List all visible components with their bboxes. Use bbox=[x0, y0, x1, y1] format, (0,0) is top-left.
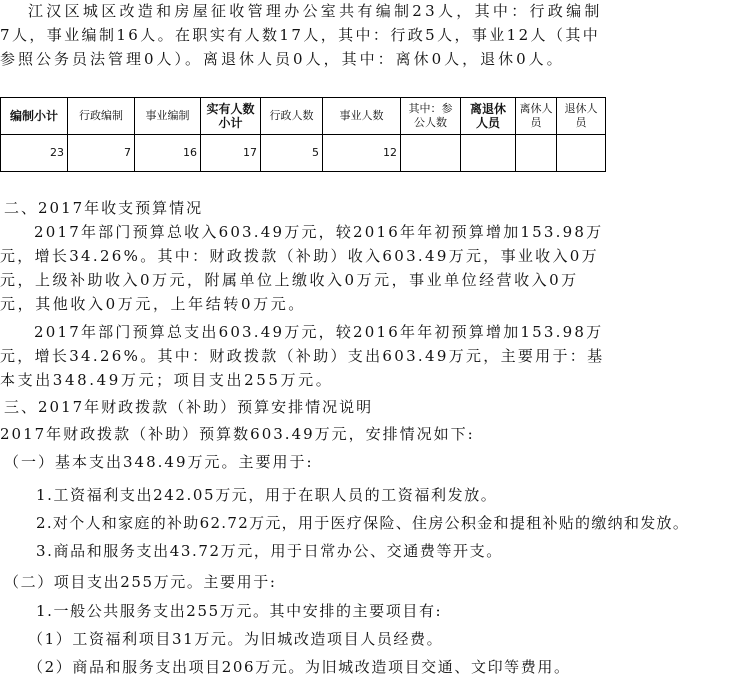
section3-summary: 2017年财政拨款（补助）预算数603.49万元，安排情况如下: bbox=[0, 424, 475, 444]
intro-line-2: 7人，事业编制16人。在职实有人数17人，其中：行政5人，事业12人（其中 bbox=[0, 25, 600, 45]
project-expense-item-3: （2）商品和服务支出项目206万元。为旧城改造项目交通、文印等费用。 bbox=[28, 657, 571, 677]
section2-expense-line-1: 2017年部门预算总支出603.49万元，较2016年年初预算增加153.98万 bbox=[34, 322, 603, 342]
project-expense-item-2: （1）工资福利项目31万元。为旧城改造项目人员经费。 bbox=[28, 629, 443, 649]
section2-income-line-2: 元，增长34.26%。其中：财政拨款（补助）收入603.49万元，事业收入0万 bbox=[0, 246, 599, 266]
basic-expense-item-3: 3.商品和服务支出43.72万元，用于日常办公、交通费等开支。 bbox=[36, 541, 503, 561]
cell-admin-count: 5 bbox=[261, 135, 323, 172]
project-expense-item-1: 1.一般公共服务支出255万元。其中安排的主要项目有: bbox=[36, 601, 442, 621]
section3-title: 三、2017年财政拨款（补助）预算安排情况说明 bbox=[4, 397, 373, 417]
cell-actual-total: 17 bbox=[201, 135, 261, 172]
section2-income-line-4: 元，其他收入0万元，上年结转0万元。 bbox=[0, 294, 306, 314]
cell-civil-servant-count bbox=[401, 135, 461, 172]
cell-lixiu bbox=[516, 135, 557, 172]
basic-expense-heading: （一）基本支出348.49万元。主要用于: bbox=[4, 452, 314, 472]
header-public-quota: 事业编制 bbox=[135, 98, 201, 135]
header-public-count: 事业人数 bbox=[323, 98, 401, 135]
cell-tuixiu bbox=[557, 135, 606, 172]
cell-admin-quota: 7 bbox=[68, 135, 135, 172]
basic-expense-item-1: 1.工资福利支出242.05万元，用于在职人员的工资福利发放。 bbox=[36, 485, 497, 505]
basic-expense-item-2: 2.对个人和家庭的补助62.72万元，用于医疗保险、住房公积金和提租补贴的缴纳和… bbox=[36, 513, 689, 533]
section2-income-line-3: 元，上级补助收入0万元，附属单位上缴收入0万元，事业单位经营收入0万 bbox=[0, 270, 579, 290]
intro-line-3: 参照公务员法管理0人）。离退休人员0人，其中：离休0人，退休0人。 bbox=[0, 49, 565, 69]
cell-public-quota: 16 bbox=[135, 135, 201, 172]
header-tuixiu: 退休人员 bbox=[557, 98, 606, 135]
section2-title: 二、2017年收支预算情况 bbox=[4, 198, 203, 218]
header-actual-total: 实有人数小计 bbox=[201, 98, 261, 135]
header-total-quota: 编制小计 bbox=[1, 98, 68, 135]
table-header-row: 编制小计 行政编制 事业编制 实有人数小计 行政人数 事业人数 其中：参公人数 … bbox=[1, 98, 606, 135]
intro-line-1: 江汉区城区改造和房屋征收管理办公室共有编制23人，其中：行政编制 bbox=[28, 1, 603, 21]
cell-retired-total bbox=[461, 135, 516, 172]
section2-expense-line-2: 元，增长34.26%。其中：财政拨款（补助）支出603.49万元，主要用于：基 bbox=[0, 346, 604, 366]
header-retired-total: 离退休人员 bbox=[461, 98, 516, 135]
header-admin-count: 行政人数 bbox=[261, 98, 323, 135]
cell-public-count: 12 bbox=[323, 135, 401, 172]
header-admin-quota: 行政编制 bbox=[68, 98, 135, 135]
staff-table: 编制小计 行政编制 事业编制 实有人数小计 行政人数 事业人数 其中：参公人数 … bbox=[0, 97, 606, 172]
section2-expense-line-3: 本支出348.49万元；项目支出255万元。 bbox=[0, 370, 333, 390]
header-lixiu: 离休人员 bbox=[516, 98, 557, 135]
cell-total-quota: 23 bbox=[1, 135, 68, 172]
section2-income-line-1: 2017年部门预算总收入603.49万元，较2016年年初预算增加153.98万 bbox=[34, 222, 603, 242]
project-expense-heading: （二）项目支出255万元。主要用于: bbox=[4, 572, 277, 592]
table-row: 23 7 16 17 5 12 bbox=[1, 135, 606, 172]
header-civil-servant-count: 其中：参公人数 bbox=[401, 98, 461, 135]
